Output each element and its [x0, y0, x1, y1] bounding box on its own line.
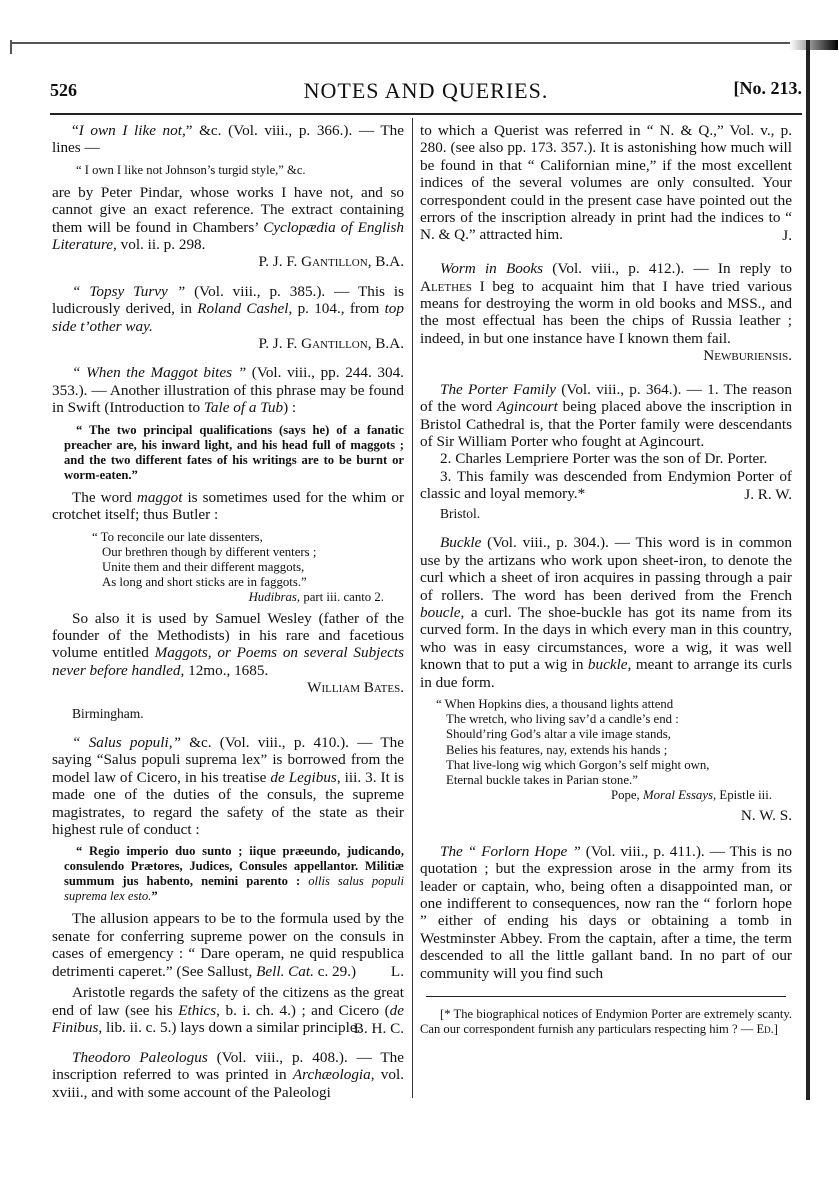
page-header: 526 NOTES AND QUERIES. [No. 213. [50, 78, 802, 108]
entry-worm-in-books: Worm in Books (Vol. viii., p. 412.). — I… [420, 260, 792, 364]
entry-buckle: Buckle (Vol. viii., p. 304.). — This wor… [420, 534, 792, 824]
scan-edge-right [806, 40, 810, 1100]
signature: P. J. F. Gantillon, B.A. [52, 335, 404, 352]
entry-porter-family: The Porter Family (Vol. viii., p. 364.).… [420, 381, 792, 523]
entry-title: Theodoro Paleologus [72, 1049, 208, 1066]
scan-edge-mark [10, 40, 12, 54]
editor-footnote: [* The biographical notices of Endymion … [420, 1007, 792, 1037]
swift-quote: “ The two principal qualifications (says… [52, 423, 404, 483]
journal-title: NOTES AND QUERIES. [50, 78, 802, 104]
entry-i-own-i-like-not: “I own I like not,” &c. (Vol. viii., p. … [52, 122, 404, 271]
entry-salus-populi: “ Salus populi,” &c. (Vol. viii., p. 410… [52, 734, 404, 1037]
signature: P. J. F. Gantillon, B.A. [52, 253, 404, 270]
left-column: “I own I like not,” &c. (Vol. viii., p. … [52, 122, 404, 1101]
issue-number: [No. 213. [734, 78, 803, 99]
entry-forlorn-hope: The “ Forlorn Hope ” (Vol. viii., p. 411… [420, 843, 792, 982]
signature: Newburiensis. [420, 347, 792, 364]
pope-verse: “ When Hopkins dies, a thousand lights a… [436, 697, 792, 803]
entry-when-the-maggot-bites: “ When the Maggot bites ” (Vol. viii., p… [52, 364, 404, 721]
entry-title: The Porter Family [440, 381, 556, 398]
footnote-rule [426, 996, 786, 997]
scan-edge-top [10, 42, 838, 44]
entry-topsy-turvy: “ Topsy Turvy ” (Vol. viii., p. 385.). —… [52, 283, 404, 353]
entry-theodoro-paleologus: Theodoro Paleologus (Vol. viii., p. 408.… [52, 1049, 404, 1101]
cicero-quote: “ Regio imperio duo sunto ; iique præeun… [52, 844, 404, 904]
entry-title: “ Topsy Turvy ” [72, 283, 185, 300]
place-name: Birmingham. [52, 705, 404, 722]
signature: N. W. S. [420, 807, 792, 824]
column-divider [412, 118, 413, 1098]
right-column: to which a Querist was referred in “ N. … [420, 122, 792, 1037]
hudibras-verse: “ To reconcile our late dissenters, Our … [92, 530, 404, 606]
entry-title: Buckle [440, 534, 481, 551]
entry-title: I own I like not, [79, 122, 186, 139]
entry-theodoro-paleologus-continued: to which a Querist was referred in “ N. … [420, 122, 792, 244]
signature: William Bates. [52, 679, 404, 696]
entry-title: “ Salus populi,” [72, 734, 181, 751]
entry-title: The “ Forlorn Hope ” [440, 843, 581, 860]
entry-title: Worm in Books [440, 260, 543, 277]
header-rule [50, 113, 802, 115]
place-name: Bristol. [420, 505, 792, 522]
quoted-line: “ I own I like not Johnson’s turgid styl… [52, 163, 404, 178]
scan-shadow [790, 40, 838, 50]
entry-title: “ When the Maggot bites ” [72, 364, 246, 381]
